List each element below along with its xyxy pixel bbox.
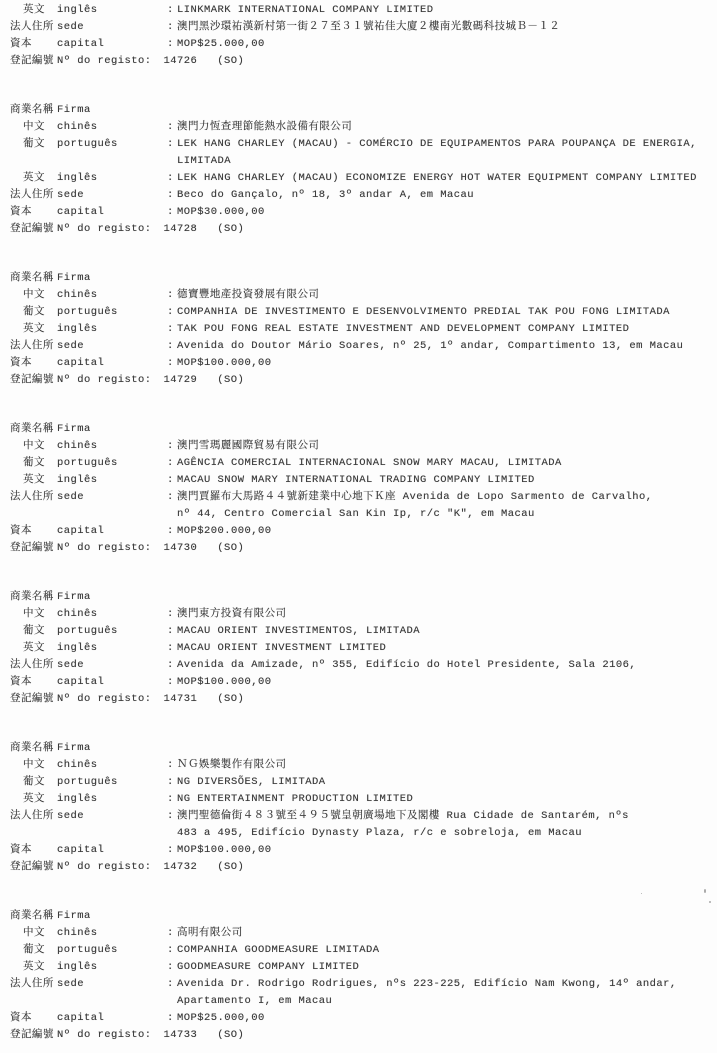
label-pt-sede: sede (57, 976, 167, 993)
row-capital: 資本capital:MOP$25.000,00 (10, 36, 713, 53)
row-capital: 資本capital:MOP$100.000,00 (10, 355, 713, 372)
value-chinese: :澳門東方投資有限公司 (167, 606, 713, 623)
value-line: NG ENTERTAINMENT PRODUCTION LIMITED (177, 791, 713, 808)
label-pt-capital: capital (57, 355, 167, 372)
value-lines-portuguese: AGÊNCIA COMERCIAL INTERNACIONAL SNOW MAR… (177, 455, 713, 472)
row-portuguese: 葡文português:LEK HANG CHARLEY (MACAU) - C… (10, 136, 713, 170)
row-firma: 商業名稱Firma (10, 102, 713, 119)
value-line: MOP$100.000,00 (177, 355, 713, 372)
company-entry: 商業名稱Firma中文chinês:ＮＧ娛樂製作有限公司葡文português:… (10, 740, 713, 876)
label-pt-capital: capital (57, 36, 167, 53)
label-zh-sede: 法人住所 (10, 808, 57, 825)
row-chinese: 中文chinês:澳門雪瑪麗國際貿易有限公司 (10, 438, 713, 455)
registo-number: 14732 (164, 861, 198, 873)
value-lines-chinese: 高明有限公司 (177, 925, 713, 942)
value-lines-english: GOODMEASURE COMPANY LIMITED (177, 959, 713, 976)
colon: : (167, 321, 177, 338)
label-pt-english: inglês (57, 321, 167, 338)
colon: : (167, 438, 177, 455)
colon: : (167, 170, 177, 187)
colon: : (167, 640, 177, 657)
label-pt-capital: capital (57, 842, 167, 859)
value-chinese: :澳門力恆查理節能熱水設備有限公司 (167, 119, 713, 136)
value-portuguese: :LEK HANG CHARLEY (MACAU) - COMÉRCIO DE … (167, 136, 713, 170)
label-zh-portuguese: 葡文 (10, 774, 57, 791)
label-pt-capital: capital (57, 674, 167, 691)
value-line: LEK HANG CHARLEY (MACAU) - COMÉRCIO DE E… (177, 136, 713, 153)
gazette-scanned-page: 英文inglês:LINKMARK INTERNATIONAL COMPANY … (0, 0, 717, 1053)
row-firma: 商業名稱Firma (10, 740, 713, 757)
colon: : (167, 1010, 177, 1027)
value-line: MOP$100.000,00 (177, 842, 713, 859)
value-line: MOP$30.000,00 (177, 204, 713, 221)
registo-line: Nº do registo:14731(SO) (57, 691, 713, 708)
row-registo: 登記編號Nº do registo:14729(SO) (10, 372, 713, 389)
label-zh-chinese: 中文 (10, 287, 57, 304)
label-pt-portuguese: português (57, 623, 167, 640)
value-lines-capital: MOP$200.000,00 (177, 523, 713, 540)
label-zh-capital: 資本 (10, 1010, 57, 1027)
label-zh-english: 英文 (10, 791, 57, 808)
registo-line: Nº do registo:14733(SO) (57, 1027, 713, 1044)
value-lines-portuguese: COMPANHIA GOODMEASURE LIMITADA (177, 942, 713, 959)
value-sede: :Avenida Dr. Rodrigo Rodrigues, nºs 223-… (167, 976, 713, 1010)
value-portuguese: :MACAU ORIENT INVESTIMENTOS, LIMITADA (167, 623, 713, 640)
value-line: 483 a 495, Edifício Dynasty Plaza, r/c e… (177, 825, 713, 842)
row-capital: 資本capital:MOP$200.000,00 (10, 523, 713, 540)
value-chinese: :德寶豐地產投資發展有限公司 (167, 287, 713, 304)
label-pt-english: inglês (57, 959, 167, 976)
value-line: Avenida Dr. Rodrigo Rodrigues, nºs 223-2… (177, 976, 713, 993)
value-lines-english: NG ENTERTAINMENT PRODUCTION LIMITED (177, 791, 713, 808)
registo-suffix: (SO) (217, 861, 244, 873)
registo-line: Nº do registo:14728(SO) (57, 221, 713, 238)
label-zh-firma: 商業名稱 (10, 421, 57, 438)
value-lines-sede: Avenida da Amizade, nº 355, Edifício do … (177, 657, 713, 674)
colon: : (167, 19, 177, 36)
label-zh-firma: 商業名稱 (10, 589, 57, 606)
value-lines-capital: MOP$25.000,00 (177, 1010, 713, 1027)
registo-suffix: (SO) (217, 1029, 244, 1041)
value-lines-chinese: ＮＧ娛樂製作有限公司 (177, 757, 713, 774)
value-lines-sede: 澳門賈羅布大馬路４４號新建業中心地下Ｋ座 Avenida de Lopo Sar… (177, 489, 713, 523)
company-entry: 商業名稱Firma中文chinês:澳門東方投資有限公司葡文português:… (10, 589, 713, 708)
colon: : (167, 455, 177, 472)
value-line: GOODMEASURE COMPANY LIMITED (177, 959, 713, 976)
label-pt-sede: sede (57, 19, 167, 36)
colon: : (167, 355, 177, 372)
label-pt-english: inglês (57, 791, 167, 808)
label-zh-sede: 法人住所 (10, 19, 57, 36)
label-pt-firma: Firma (57, 589, 167, 606)
label-zh-capital: 資本 (10, 204, 57, 221)
value-line: MOP$25.000,00 (177, 1010, 713, 1027)
label-zh-english: 英文 (10, 959, 57, 976)
label-pt-registo: Nº do registo: (57, 374, 152, 386)
label-pt-portuguese: português (57, 774, 167, 791)
label-zh-portuguese: 葡文 (10, 623, 57, 640)
label-pt-capital: capital (57, 1010, 167, 1027)
value-lines-capital: MOP$100.000,00 (177, 842, 713, 859)
row-portuguese: 葡文português:COMPANHIA GOODMEASURE LIMITA… (10, 942, 713, 959)
row-english: 英文inglês:NG ENTERTAINMENT PRODUCTION LIM… (10, 791, 713, 808)
colon: : (167, 204, 177, 221)
value-lines-sede: Avenida Dr. Rodrigo Rodrigues, nºs 223-2… (177, 976, 713, 1010)
row-sede: 法人住所sede:澳門黑沙環祐漢新村第一街２７至３１號祐佳大廈２樓南光數碼科技城… (10, 19, 713, 36)
label-zh-chinese: 中文 (10, 757, 57, 774)
label-pt-capital: capital (57, 204, 167, 221)
label-pt-portuguese: português (57, 942, 167, 959)
label-pt-sede: sede (57, 338, 167, 355)
label-zh-sede: 法人住所 (10, 657, 57, 674)
label-pt-firma: Firma (57, 908, 167, 925)
label-pt-english: inglês (57, 640, 167, 657)
value-line: COMPANHIA GOODMEASURE LIMITADA (177, 942, 713, 959)
label-pt-registo: Nº do registo: (57, 861, 152, 873)
value-lines-sede: 澳門黑沙環祐漢新村第一街２７至３１號祐佳大廈２樓南光數碼科技城Ｂ－１２ (177, 19, 713, 36)
label-pt-registo: Nº do registo: (57, 693, 152, 705)
row-sede: 法人住所sede:澳門賈羅布大馬路４４號新建業中心地下Ｋ座 Avenida de… (10, 489, 713, 523)
value-line: ＮＧ娛樂製作有限公司 (177, 757, 713, 774)
value-portuguese: :COMPANHIA DE INVESTIMENTO E DESENVOLVIM… (167, 304, 713, 321)
label-zh-registo: 登記編號 (10, 691, 57, 708)
label-pt-chinese: chinês (57, 925, 167, 942)
label-zh-chinese: 中文 (10, 119, 57, 136)
value-portuguese: :NG DIVERSÕES, LIMITADA (167, 774, 713, 791)
value-line: Avenida do Doutor Mário Soares, nº 25, 1… (177, 338, 713, 355)
company-entry: 商業名稱Firma中文chinês:澳門力恆查理節能熱水設備有限公司葡文port… (10, 102, 713, 238)
colon: : (167, 791, 177, 808)
value-lines-english: LEK HANG CHARLEY (MACAU) ECONOMIZE ENERG… (177, 170, 713, 187)
value-lines-chinese: 澳門東方投資有限公司 (177, 606, 713, 623)
label-zh-chinese: 中文 (10, 606, 57, 623)
row-capital: 資本capital:MOP$30.000,00 (10, 204, 713, 221)
label-pt-sede: sede (57, 187, 167, 204)
label-zh-firma: 商業名稱 (10, 102, 57, 119)
label-zh-portuguese: 葡文 (10, 455, 57, 472)
value-lines-portuguese: LEK HANG CHARLEY (MACAU) - COMÉRCIO DE E… (177, 136, 713, 170)
label-pt-firma: Firma (57, 102, 167, 119)
row-portuguese: 葡文português:NG DIVERSÕES, LIMITADA (10, 774, 713, 791)
registo-suffix: (SO) (217, 542, 244, 554)
registo-number: 14730 (164, 542, 198, 554)
label-zh-english: 英文 (10, 2, 57, 19)
label-zh-registo: 登記編號 (10, 1027, 57, 1044)
company-entry-partial: 英文inglês:LINKMARK INTERNATIONAL COMPANY … (10, 2, 713, 70)
registo-line: Nº do registo:14729(SO) (57, 372, 713, 389)
label-zh-portuguese: 葡文 (10, 304, 57, 321)
value-lines-sede: Avenida do Doutor Mário Soares, nº 25, 1… (177, 338, 713, 355)
value-sede: :澳門黑沙環祐漢新村第一街２７至３１號祐佳大廈２樓南光數碼科技城Ｂ－１２ (167, 19, 713, 36)
label-zh-sede: 法人住所 (10, 338, 57, 355)
value-lines-sede: 澳門聖德倫街４８３號至４９５號皇朝廣場地下及閣樓 Rua Cidade de S… (177, 808, 713, 842)
row-chinese: 中文chinês:ＮＧ娛樂製作有限公司 (10, 757, 713, 774)
value-sede: :Avenida da Amizade, nº 355, Edifício do… (167, 657, 713, 674)
row-firma: 商業名稱Firma (10, 421, 713, 438)
label-zh-english: 英文 (10, 472, 57, 489)
row-capital: 資本capital:MOP$25.000,00 (10, 1010, 713, 1027)
value-line: LEK HANG CHARLEY (MACAU) ECONOMIZE ENERG… (177, 170, 713, 187)
value-line: COMPANHIA DE INVESTIMENTO E DESENVOLVIME… (177, 304, 713, 321)
value-lines-capital: MOP$100.000,00 (177, 674, 713, 691)
registo-suffix: (SO) (217, 223, 244, 235)
colon: : (167, 959, 177, 976)
colon: : (167, 976, 177, 1010)
value-capital: :MOP$100.000,00 (167, 842, 713, 859)
label-pt-english: inglês (57, 170, 167, 187)
label-pt-chinese: chinês (57, 606, 167, 623)
value-capital: :MOP$100.000,00 (167, 355, 713, 372)
value-lines-portuguese: MACAU ORIENT INVESTIMENTOS, LIMITADA (177, 623, 713, 640)
row-firma: 商業名稱Firma (10, 270, 713, 287)
value-english: :MACAU ORIENT INVESTMENT LIMITED (167, 640, 713, 657)
row-sede: 法人住所sede:Avenida Dr. Rodrigo Rodrigues, … (10, 976, 713, 1010)
value-lines-english: MACAU SNOW MARY INTERNATIONAL TRADING CO… (177, 472, 713, 489)
label-zh-registo: 登記編號 (10, 372, 57, 389)
row-registo: 登記編號Nº do registo:14730(SO) (10, 540, 713, 557)
label-pt-capital: capital (57, 523, 167, 540)
label-zh-english: 英文 (10, 321, 57, 338)
value-line: 澳門力恆查理節能熱水設備有限公司 (177, 119, 713, 136)
value-chinese: :澳門雪瑪麗國際貿易有限公司 (167, 438, 713, 455)
registo-suffix: (SO) (217, 55, 244, 67)
label-zh-firma: 商業名稱 (10, 740, 57, 757)
value-portuguese: :COMPANHIA GOODMEASURE LIMITADA (167, 942, 713, 959)
value-english: :LEK HANG CHARLEY (MACAU) ECONOMIZE ENER… (167, 170, 713, 187)
colon: : (167, 472, 177, 489)
value-line: Avenida da Amizade, nº 355, Edifício do … (177, 657, 713, 674)
colon: : (167, 942, 177, 959)
colon: : (167, 187, 177, 204)
value-capital: :MOP$25.000,00 (167, 36, 713, 53)
label-pt-firma: Firma (57, 421, 167, 438)
colon: : (167, 757, 177, 774)
label-pt-registo: Nº do registo: (57, 223, 152, 235)
colon: : (167, 338, 177, 355)
value-capital: :MOP$200.000,00 (167, 523, 713, 540)
row-portuguese: 葡文português:COMPANHIA DE INVESTIMENTO E … (10, 304, 713, 321)
label-zh-portuguese: 葡文 (10, 942, 57, 959)
colon: : (167, 304, 177, 321)
value-line: 澳門東方投資有限公司 (177, 606, 713, 623)
row-chinese: 中文chinês:德寶豐地產投資發展有限公司 (10, 287, 713, 304)
value-lines-chinese: 澳門力恆查理節能熱水設備有限公司 (177, 119, 713, 136)
row-registo: 登記編號Nº do registo:14728(SO) (10, 221, 713, 238)
label-pt-english: inglês (57, 472, 167, 489)
value-capital: :MOP$25.000,00 (167, 1010, 713, 1027)
scan-artifact (704, 889, 706, 893)
registo-number: 14731 (164, 693, 198, 705)
value-english: :GOODMEASURE COMPANY LIMITED (167, 959, 713, 976)
value-line: 澳門雪瑪麗國際貿易有限公司 (177, 438, 713, 455)
value-line: MACAU ORIENT INVESTMENT LIMITED (177, 640, 713, 657)
colon: : (167, 925, 177, 942)
label-zh-capital: 資本 (10, 842, 57, 859)
value-line: Apartamento I, em Macau (177, 993, 713, 1010)
row-sede: 法人住所sede:Avenida da Amizade, nº 355, Edi… (10, 657, 713, 674)
value-lines-english: LINKMARK INTERNATIONAL COMPANY LIMITED (177, 2, 713, 19)
label-pt-registo: Nº do registo: (57, 542, 152, 554)
row-portuguese: 葡文português:MACAU ORIENT INVESTIMENTOS, … (10, 623, 713, 640)
label-pt-chinese: chinês (57, 119, 167, 136)
registo-suffix: (SO) (217, 374, 244, 386)
value-lines-portuguese: NG DIVERSÕES, LIMITADA (177, 774, 713, 791)
row-firma: 商業名稱Firma (10, 908, 713, 925)
value-lines-english: MACAU ORIENT INVESTMENT LIMITED (177, 640, 713, 657)
value-line: 高明有限公司 (177, 925, 713, 942)
value-lines-sede: Beco do Gançalo, nº 18, 3º andar A, em M… (177, 187, 713, 204)
value-line: NG DIVERSÕES, LIMITADA (177, 774, 713, 791)
value-lines-chinese: 德寶豐地產投資發展有限公司 (177, 287, 713, 304)
registo-number: 14726 (164, 55, 198, 67)
label-pt-english: inglês (57, 2, 167, 19)
colon: : (167, 136, 177, 170)
label-zh-sede: 法人住所 (10, 187, 57, 204)
value-line: MACAU SNOW MARY INTERNATIONAL TRADING CO… (177, 472, 713, 489)
value-line: MOP$200.000,00 (177, 523, 713, 540)
label-zh-registo: 登記編號 (10, 859, 57, 876)
value-line: 澳門賈羅布大馬路４４號新建業中心地下Ｋ座 Avenida de Lopo Sar… (177, 489, 713, 506)
colon: : (167, 623, 177, 640)
value-line: 德寶豐地產投資發展有限公司 (177, 287, 713, 304)
row-registo: 登記編號Nº do registo:14726(SO) (10, 53, 713, 70)
value-line: Beco do Gançalo, nº 18, 3º andar A, em M… (177, 187, 713, 204)
label-zh-capital: 資本 (10, 674, 57, 691)
row-chinese: 中文chinês:澳門力恆查理節能熱水設備有限公司 (10, 119, 713, 136)
value-line: 澳門聖德倫街４８３號至４９５號皇朝廣場地下及閣樓 Rua Cidade de S… (177, 808, 713, 825)
label-zh-english: 英文 (10, 170, 57, 187)
value-line: MACAU ORIENT INVESTIMENTOS, LIMITADA (177, 623, 713, 640)
colon: : (167, 2, 177, 19)
registo-number: 14729 (164, 374, 198, 386)
row-sede: 法人住所sede:Avenida do Doutor Mário Soares,… (10, 338, 713, 355)
label-pt-firma: Firma (57, 740, 167, 757)
scan-artifact (709, 901, 711, 903)
company-entry: 商業名稱Firma中文chinês:德寶豐地產投資發展有限公司葡文portugu… (10, 270, 713, 389)
label-zh-registo: 登記編號 (10, 53, 57, 70)
value-lines-portuguese: COMPANHIA DE INVESTIMENTO E DESENVOLVIME… (177, 304, 713, 321)
label-pt-sede: sede (57, 489, 167, 506)
label-pt-chinese: chinês (57, 438, 167, 455)
row-english: 英文inglês:GOODMEASURE COMPANY LIMITED (10, 959, 713, 976)
value-portuguese: :AGÊNCIA COMERCIAL INTERNACIONAL SNOW MA… (167, 455, 713, 472)
registo-line: Nº do registo:14730(SO) (57, 540, 713, 557)
registo-number: 14728 (164, 223, 198, 235)
value-lines-chinese: 澳門雪瑪麗國際貿易有限公司 (177, 438, 713, 455)
registo-suffix: (SO) (217, 693, 244, 705)
label-zh-firma: 商業名稱 (10, 270, 57, 287)
colon: : (167, 119, 177, 136)
value-line: AGÊNCIA COMERCIAL INTERNACIONAL SNOW MAR… (177, 455, 713, 472)
row-firma: 商業名稱Firma (10, 589, 713, 606)
value-line: nº 44, Centro Comercial San Kin Ip, r/c … (177, 506, 713, 523)
row-sede: 法人住所sede:澳門聖德倫街４８３號至４９５號皇朝廣場地下及閣樓 Rua Ci… (10, 808, 713, 842)
value-line: LINKMARK INTERNATIONAL COMPANY LIMITED (177, 2, 713, 19)
row-registo: 登記編號Nº do registo:14732(SO) (10, 859, 713, 876)
value-english: :TAK POU FONG REAL ESTATE INVESTMENT AND… (167, 321, 713, 338)
value-line: MOP$25.000,00 (177, 36, 713, 53)
value-sede: :澳門賈羅布大馬路４４號新建業中心地下Ｋ座 Avenida de Lopo Sa… (167, 489, 713, 523)
label-pt-chinese: chinês (57, 287, 167, 304)
label-pt-portuguese: português (57, 455, 167, 472)
colon: : (167, 606, 177, 623)
row-registo: 登記編號Nº do registo:14733(SO) (10, 1027, 713, 1044)
row-capital: 資本capital:MOP$100.000,00 (10, 842, 713, 859)
label-zh-capital: 資本 (10, 355, 57, 372)
row-english: 英文inglês:LEK HANG CHARLEY (MACAU) ECONOM… (10, 170, 713, 187)
value-english: :MACAU SNOW MARY INTERNATIONAL TRADING C… (167, 472, 713, 489)
label-pt-registo: Nº do registo: (57, 1029, 152, 1041)
label-pt-registo: Nº do registo: (57, 55, 152, 67)
registration-entries-list: 英文inglês:LINKMARK INTERNATIONAL COMPANY … (10, 2, 713, 1044)
row-portuguese: 葡文português:AGÊNCIA COMERCIAL INTERNACIO… (10, 455, 713, 472)
row-english: 英文inglês:TAK POU FONG REAL ESTATE INVEST… (10, 321, 713, 338)
label-zh-english: 英文 (10, 640, 57, 657)
label-pt-portuguese: português (57, 136, 167, 153)
row-english: 英文inglês:MACAU ORIENT INVESTMENT LIMITED (10, 640, 713, 657)
value-capital: :MOP$30.000,00 (167, 204, 713, 221)
value-lines-capital: MOP$25.000,00 (177, 36, 713, 53)
label-zh-registo: 登記編號 (10, 540, 57, 557)
label-zh-sede: 法人住所 (10, 489, 57, 506)
registo-line: Nº do registo:14726(SO) (57, 53, 713, 70)
row-english: 英文inglês:LINKMARK INTERNATIONAL COMPANY … (10, 2, 713, 19)
value-line: TAK POU FONG REAL ESTATE INVESTMENT AND … (177, 321, 713, 338)
label-zh-registo: 登記編號 (10, 221, 57, 238)
label-zh-firma: 商業名稱 (10, 908, 57, 925)
scan-artifact (641, 893, 642, 894)
label-zh-sede: 法人住所 (10, 976, 57, 993)
value-capital: :MOP$100.000,00 (167, 674, 713, 691)
value-chinese: :高明有限公司 (167, 925, 713, 942)
colon: : (167, 36, 177, 53)
value-english: :LINKMARK INTERNATIONAL COMPANY LIMITED (167, 2, 713, 19)
label-pt-firma: Firma (57, 270, 167, 287)
colon: : (167, 842, 177, 859)
value-lines-english: TAK POU FONG REAL ESTATE INVESTMENT AND … (177, 321, 713, 338)
value-line: 澳門黑沙環祐漢新村第一街２７至３１號祐佳大廈２樓南光數碼科技城Ｂ－１２ (177, 19, 713, 36)
value-lines-capital: MOP$30.000,00 (177, 204, 713, 221)
company-entry: 商業名稱Firma中文chinês:高明有限公司葡文português:COMP… (10, 908, 713, 1044)
colon: : (167, 523, 177, 540)
colon: : (167, 674, 177, 691)
colon: : (167, 489, 177, 523)
colon: : (167, 774, 177, 791)
registo-number: 14733 (164, 1029, 198, 1041)
value-chinese: :ＮＧ娛樂製作有限公司 (167, 757, 713, 774)
label-zh-capital: 資本 (10, 523, 57, 540)
label-zh-chinese: 中文 (10, 438, 57, 455)
label-pt-sede: sede (57, 808, 167, 825)
value-sede: :Avenida do Doutor Mário Soares, nº 25, … (167, 338, 713, 355)
label-pt-portuguese: português (57, 304, 167, 321)
colon: : (167, 808, 177, 842)
row-registo: 登記編號Nº do registo:14731(SO) (10, 691, 713, 708)
row-sede: 法人住所sede:Beco do Gançalo, nº 18, 3º anda… (10, 187, 713, 204)
value-sede: :Beco do Gançalo, nº 18, 3º andar A, em … (167, 187, 713, 204)
value-lines-capital: MOP$100.000,00 (177, 355, 713, 372)
value-line: MOP$100.000,00 (177, 674, 713, 691)
registo-line: Nº do registo:14732(SO) (57, 859, 713, 876)
value-english: :NG ENTERTAINMENT PRODUCTION LIMITED (167, 791, 713, 808)
colon: : (167, 657, 177, 674)
colon: : (167, 287, 177, 304)
row-capital: 資本capital:MOP$100.000,00 (10, 674, 713, 691)
label-zh-capital: 資本 (10, 36, 57, 53)
label-zh-portuguese: 葡文 (10, 136, 57, 153)
label-pt-sede: sede (57, 657, 167, 674)
row-chinese: 中文chinês:澳門東方投資有限公司 (10, 606, 713, 623)
